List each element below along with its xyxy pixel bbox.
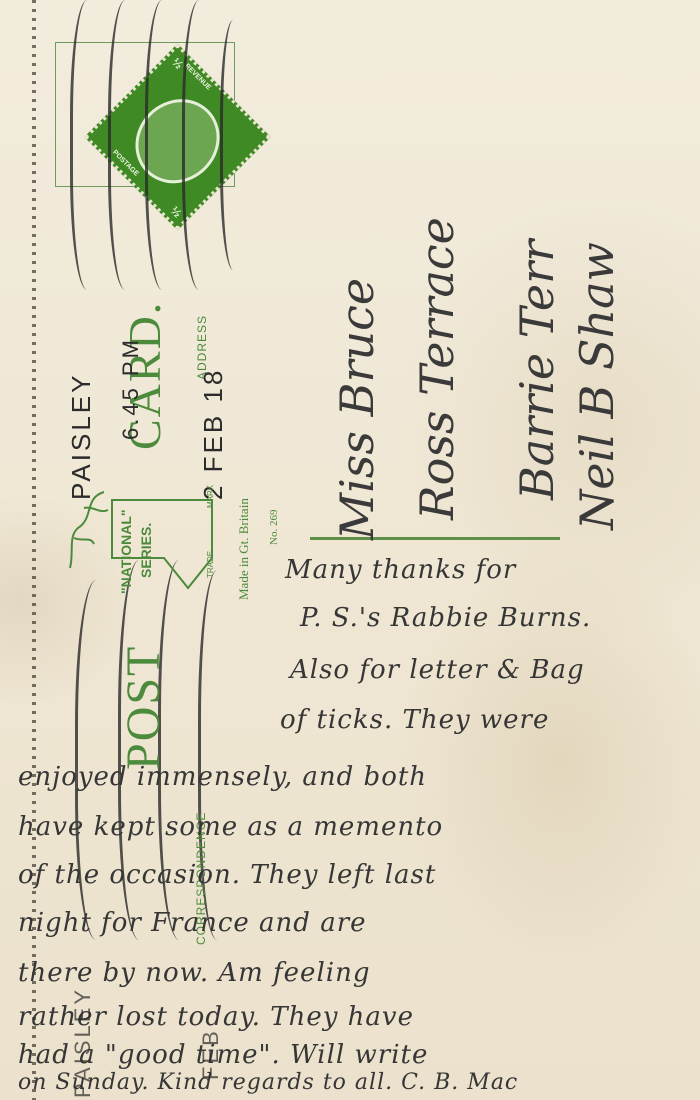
- cancellation-line: [70, 0, 113, 290]
- message-line: have kept some as a memento: [18, 812, 443, 842]
- cancellation-line: [220, 20, 253, 270]
- postmark-time: 6.45 PM: [118, 337, 144, 440]
- message-line: Many thanks for: [285, 555, 516, 585]
- message-line: enjoyed immensely, and both: [18, 762, 427, 792]
- thistle-ornament-icon: [64, 488, 124, 578]
- message-line: there by now. Am feeling: [18, 958, 370, 988]
- cancellation-line: [182, 0, 225, 290]
- postmark-date: 2 FEB 18: [198, 368, 229, 500]
- message-line: Also for letter & Bag: [290, 655, 585, 685]
- lower-postmark-town: PAISLEY: [70, 987, 96, 1098]
- address-line-3: Barrie Terr: [510, 240, 564, 500]
- series-line-2: SERIES.: [138, 523, 154, 578]
- address-line-2: Ross Terrace: [410, 217, 464, 520]
- made-in-label: Made in Gt. Britain: [236, 498, 252, 600]
- address-line-1: Miss Bruce: [330, 278, 384, 540]
- address-line-4: Neil B Shaw: [570, 242, 624, 530]
- message-line: night for France and are: [18, 908, 367, 938]
- card-number: No. 269: [268, 510, 280, 545]
- postmark-town: PAISLEY: [66, 373, 97, 500]
- post-heading: POST: [116, 645, 171, 770]
- postcard: ½ ½ POSTAGE REVENUE PAISLEY CARD. 6.45 P…: [0, 0, 700, 1100]
- message-line: P. S.'s Rabbie Burns.: [300, 603, 591, 633]
- lower-postmark-date: FEB: [198, 1028, 224, 1080]
- message-line: of the occasion. They left last: [18, 860, 436, 890]
- message-line: of ticks. They were: [280, 705, 549, 735]
